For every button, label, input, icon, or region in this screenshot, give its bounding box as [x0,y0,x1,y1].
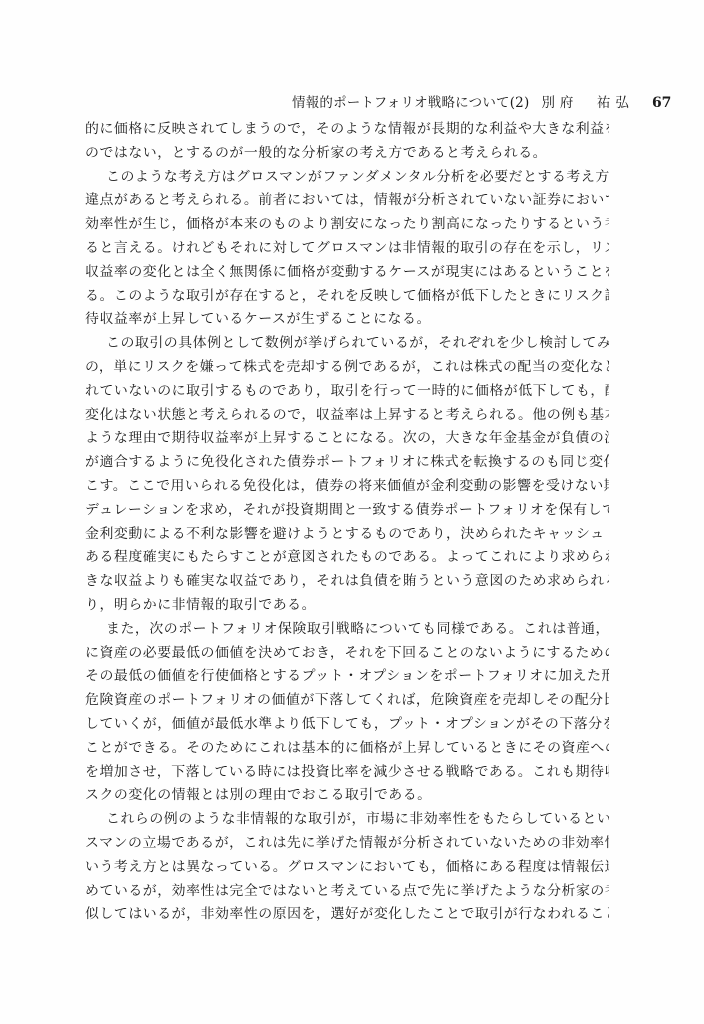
text-line: の，単にリスクを嫌って株式を売却する例であるが，これは株式の配当の変化などが予測… [85,356,609,380]
text-line: 似してはいるが，非効率性の原因を，選好が変化したことで取引が行なわれることがある… [85,903,609,927]
text-line: 収益率の変化とは全く無関係に価格が変動するケースが現実にはあるということを示して… [85,261,609,285]
text-line: 的に価格に反映されてしまうので，そのような情報が長期的な利益や大きな利益をもたら… [85,118,609,142]
text-line: スクの変化の情報とは別の理由でおこる取引である。 [85,784,609,808]
text-line: 危険資産のポートフォリオの価値が下落してくれば，危険資産を売却しその配分比率を減… [85,689,609,713]
scanned-page: 情報的ポートフォリオ戦略について(2) 別府 祐弘 67 的に価格に反映されてし… [0,0,704,1024]
text-line: ような理由で期待収益率が上昇することになる。次の，大きな年金基金が負債の流れに債… [85,427,609,451]
header-title: 情報的ポートフォリオ戦略について(2) [292,92,529,114]
text-line: また，次のポートフォリオ保険取引戦略についても同様である。これは普通，投資する際 [85,618,609,642]
text-line: スマンの立場であるが，これは先に挙げた情報が分析されていないための非効率性の発生… [85,832,609,856]
paragraph-2: このような考え方はグロスマンがファンダメンタル分析を必要だとする考え方と若干の相… [85,166,609,333]
text-line: れていないのに取引するものであり，取引を行って一時的に価格が低下しても，配当など… [85,380,609,404]
text-line: に資産の必要最低の価値を決めておき，それを下回ることのないようにするための戦略で… [85,642,609,666]
text-line: 違点があると考えられる。前者においては，情報が分析されていない証券において情報の… [85,189,609,213]
paragraph-5: これらの例のような非情報的な取引が，市場に非効率性をもたらしているというのがグロ… [85,808,609,927]
text-line: めているが，効率性は完全ではないと考えている点で先に挙げたような分析家の考え方と… [85,880,609,904]
text-line: を増加させ，下落している時には投資比率を減少させる戦略である。これも期待収益率や… [85,761,609,785]
text-line: る。このような取引が存在すると，それを反映して価格が低下したときにリスク調整後の… [85,285,609,309]
running-header: 情報的ポートフォリオ戦略について(2) 別府 祐弘 67 [292,92,612,114]
text-line: こす。ここで用いられる免役化は，債券の将来価値が金利変動の影響を受けない期間であ… [85,475,609,499]
text-line: このような考え方はグロスマンがファンダメンタル分析を必要だとする考え方と若干の相 [85,166,609,190]
text-line: のではない，とするのが一般的な分析家の考え方であると考えられる。 [85,142,609,166]
text-line: ると言える。けれどもそれに対してグロスマンは非情報的取引の存在を示し，リスクや期… [85,237,609,261]
text-line: 金利変動による不利な影響を避けようとするものであり，決められたキャッシュ・フロー… [85,523,609,547]
text-line: この取引の具体例として数例が挙げられているが，それぞれを少し検討してみる。一番目 [85,332,609,356]
text-line: いう考え方とは異なっている。グロスマンにおいても，価格にある程度は情報伝達機能を… [85,856,609,880]
text-line: り，明らかに非情報的取引である。 [85,594,609,618]
text-line: デュレーションを求め，それが投資期間と一致する債券ポートフォリオを保有して，将来… [85,499,609,523]
text-line: ある程度確実にもたらすことが意図されたものである。よってこれにより求められるのは… [85,546,609,570]
text-line: ことができる。そのためにこれは基本的に価格が上昇しているときにその資産への投資比… [85,737,609,761]
text-line: が適合するように免役化された債券ポートフォリオに株式を転換するのも同じ変化を引き… [85,451,609,475]
text-line: きな収益よりも確実な収益であり，それは負債を賄うという意図のため求められるもので… [85,570,609,594]
text-line: これらの例のような非情報的な取引が，市場に非効率性をもたらしているというのがグロ [85,808,609,832]
text-line: 効率性が生じ，価格が本来のものより割安になったり割高になったりするという考え方で… [85,213,609,237]
page-number: 67 [652,92,671,114]
text-line: その最低の価値を行使価格とするプット・オプションをポートフォリオに加えた形となる… [85,665,609,689]
text-line: していくが，価値が最低水準より低下しても，プット・オプションがその下落分を補填す… [85,713,609,737]
paragraph-3: この取引の具体例として数例が挙げられているが，それぞれを少し検討してみる。一番目… [85,332,609,618]
paragraph-4: また，次のポートフォリオ保険取引戦略についても同様である。これは普通，投資する際… [85,618,609,808]
paragraph-1: 的に価格に反映されてしまうので，そのような情報が長期的な利益や大きな利益をもたら… [85,118,609,166]
header-author: 別府 祐弘 [541,92,634,114]
body-text: 的に価格に反映されてしまうので，そのような情報が長期的な利益や大きな利益をもたら… [85,118,609,927]
text-line: 待収益率が上昇しているケースが生ずることになる。 [85,308,609,332]
text-line: 変化はない状態と考えられるので，収益率は上昇すると考えられる。他の例も基本的に同… [85,404,609,428]
